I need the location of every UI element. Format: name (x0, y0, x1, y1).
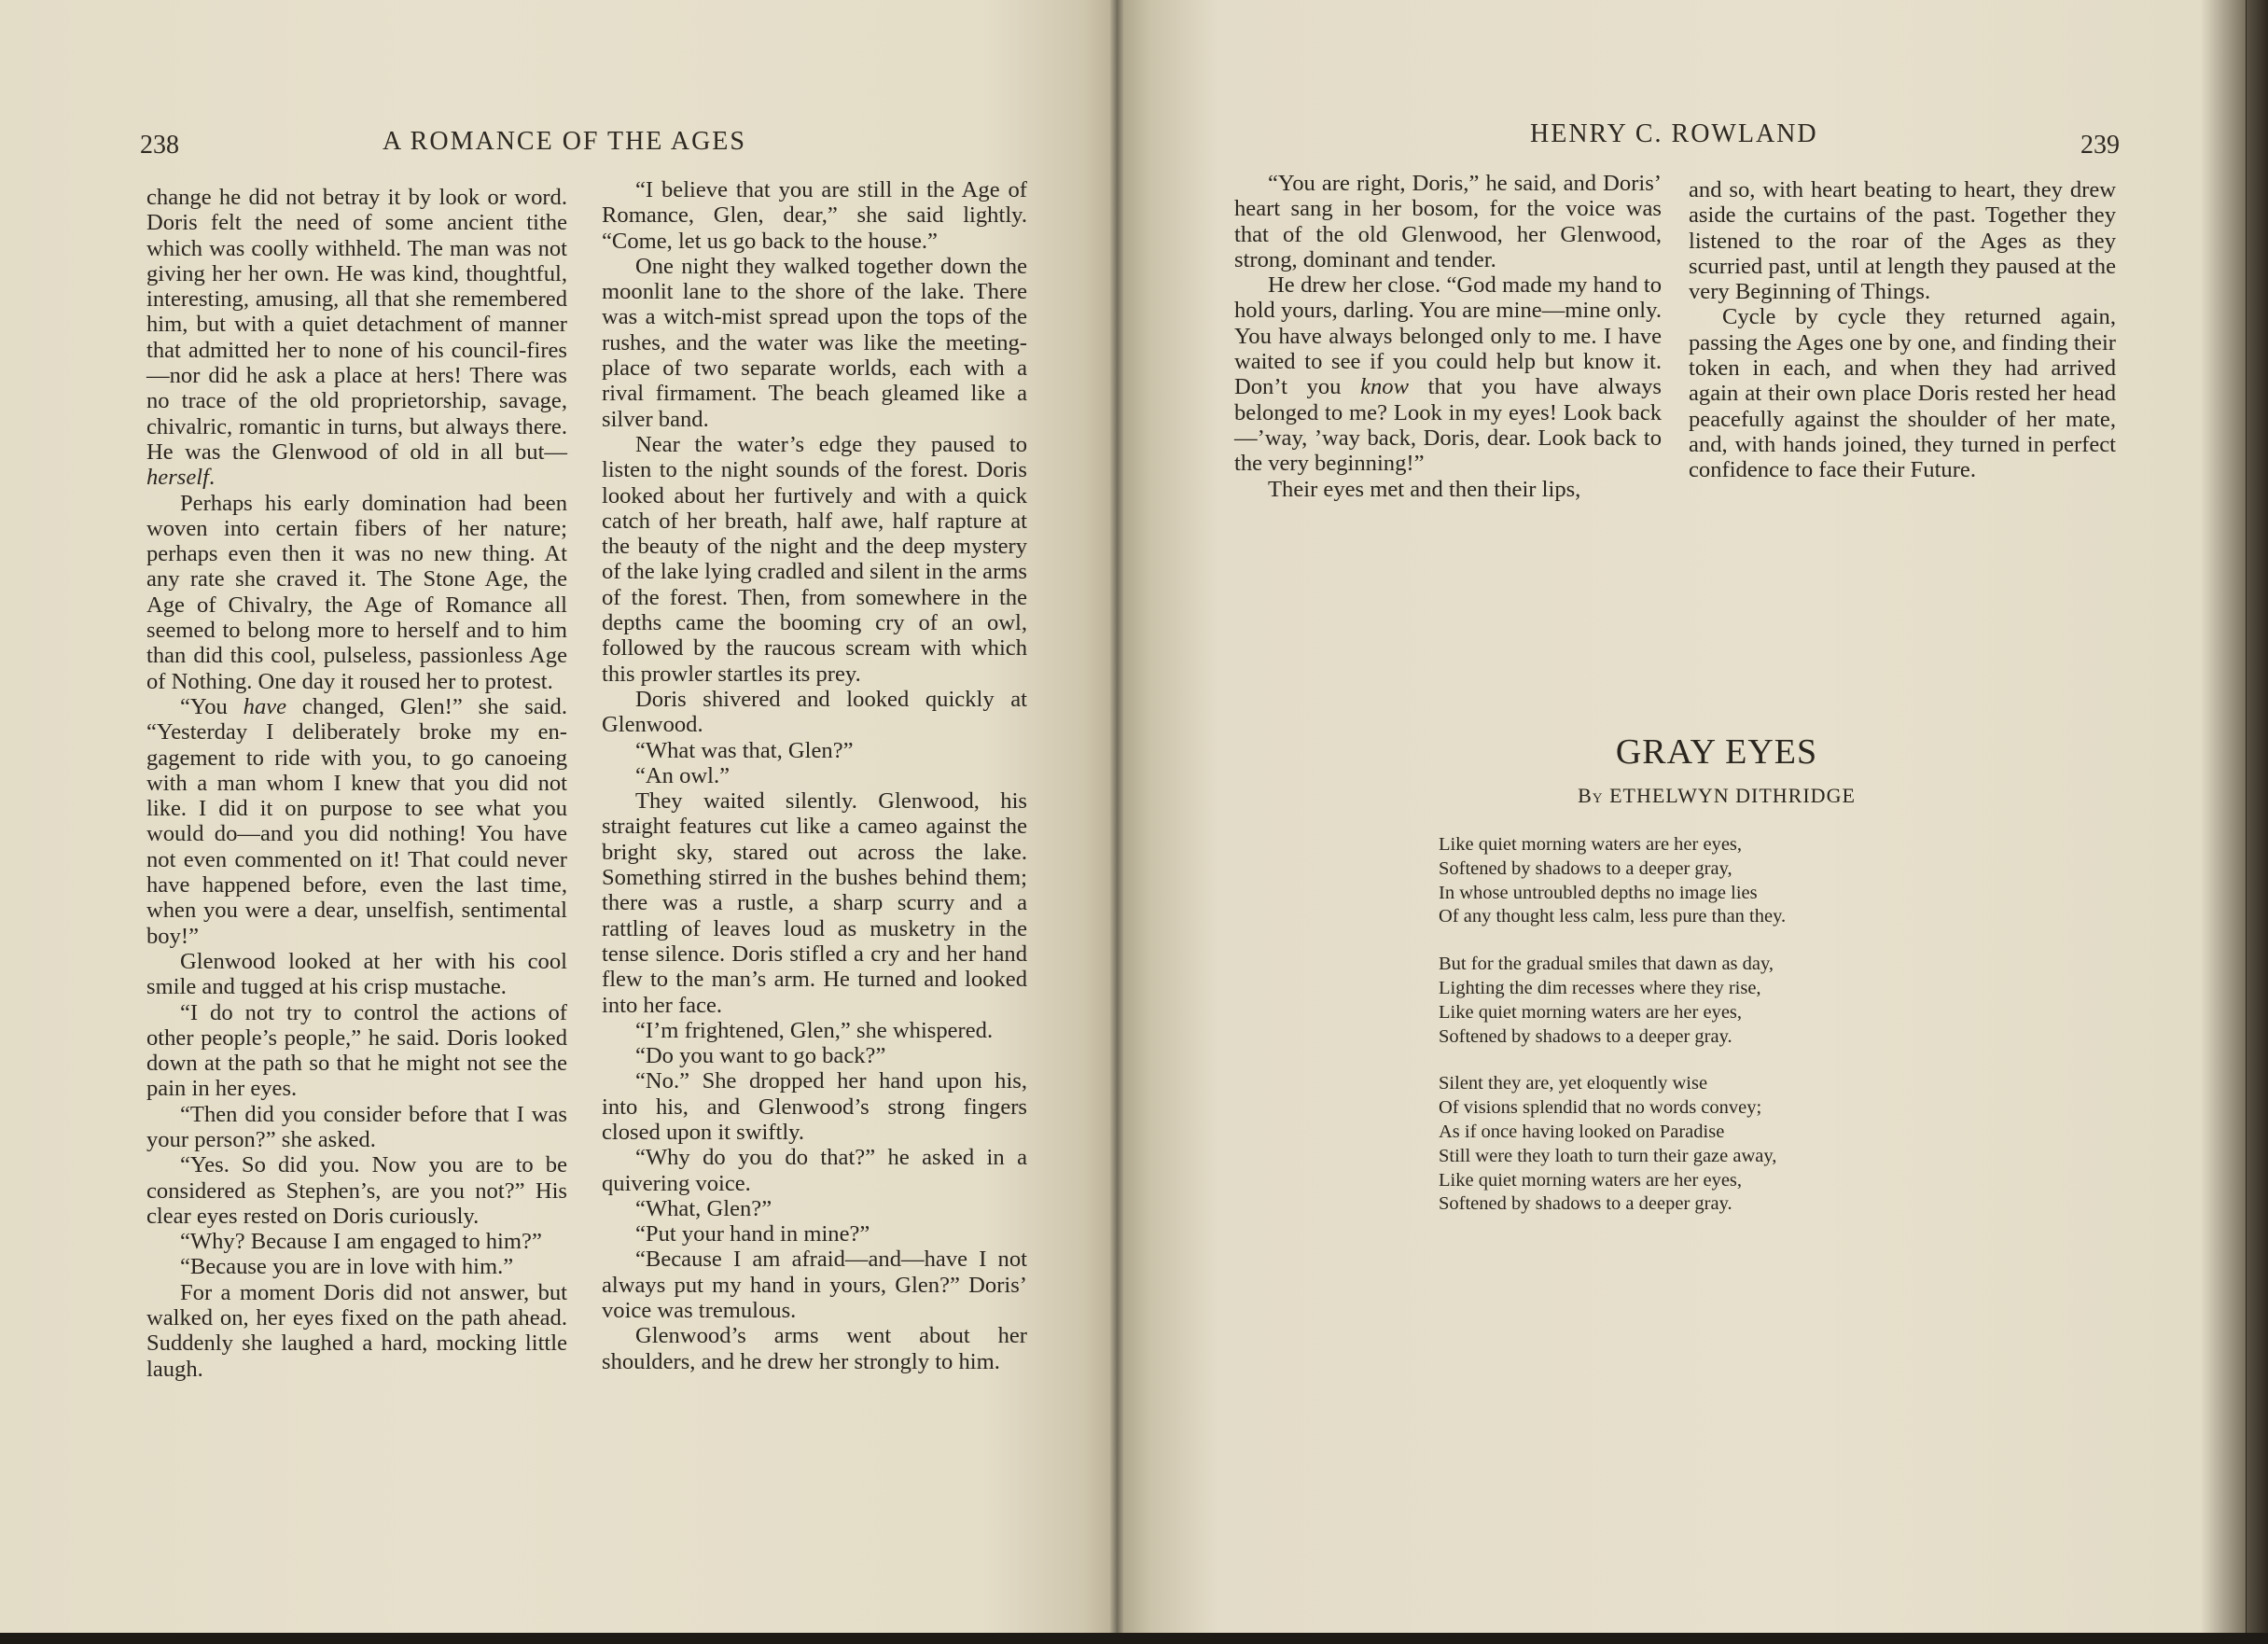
right-column-2: and so, with heart beating to heart, the… (1689, 177, 2116, 483)
poem-stanza: But for the gradual smiles that dawn as … (1439, 953, 1924, 1049)
paragraph: Cycle by cycle they returned again, pass… (1689, 304, 2116, 482)
poem-title: GRAY EYES (1530, 731, 1903, 773)
book-spread: 238 A ROMANCE OF THE AGES change he did … (0, 0, 2268, 1644)
gutter (1110, 0, 1123, 1635)
bottom-edge (0, 1633, 2268, 1644)
paragraph: Their eyes met and then their lips, (1234, 477, 1662, 502)
poem-line: Lighting the dim recesses where they ris… (1439, 977, 1924, 1001)
paragraph: “What, Glen?” (602, 1196, 1027, 1221)
poem-line: As if once having looked on Paradise (1439, 1121, 1924, 1145)
right-column-1: “You are right, Doris,” he said, and Dor… (1234, 171, 1662, 502)
poem-line: Like quiet morning waters are her eyes, (1439, 1001, 1924, 1025)
paragraph: Glenwood’s arms went about her shoulders… (602, 1323, 1027, 1374)
poem-line: Like quiet morning waters are her eyes, (1439, 833, 1924, 857)
paragraph: “An owl.” (602, 763, 1027, 788)
paragraph: “Because I am afraid—and—have I not alwa… (602, 1247, 1027, 1323)
paragraph: “What was that, Glen?” (602, 738, 1027, 763)
book-edge (2247, 0, 2268, 1644)
paragraph: “You have changed, Glen!” she said. “Yes… (146, 694, 567, 949)
paragraph: Glenwood looked at her with his cool smi… (146, 949, 567, 1000)
left-column-1: change he did not betray it by look or w… (146, 185, 567, 1382)
poem-body: Like quiet morning waters are her eyes,S… (1439, 833, 1924, 1240)
paragraph: “Because you are in love with him.” (146, 1254, 567, 1279)
paragraph: They waited silently. Glenwood, his stra… (602, 788, 1027, 1018)
paragraph: “I do not try to control the actions of … (146, 1000, 567, 1102)
running-head-right: HENRY C. ROWLAND (1530, 119, 1818, 149)
paragraph: For a moment Doris did not answer, but w… (146, 1280, 567, 1382)
paragraph: “Then did you consider before that I was… (146, 1102, 567, 1153)
poem-byline: By ETHELWYN DITHRIDGE (1455, 784, 1978, 808)
poem-line: Softened by shadows to a deeper gray. (1439, 1192, 1924, 1217)
left-column-2: “I believe that you are still in the Age… (602, 177, 1027, 1374)
poem-author: ETHELWYN DITHRIDGE (1609, 784, 1856, 807)
paragraph: One night they walked together down the … (602, 254, 1027, 432)
poem-line: In whose untroubled depths no image lies (1439, 882, 1924, 906)
paragraph: He drew her close. “God made my hand to … (1234, 272, 1662, 476)
poem-line: Like quiet morning waters are her eyes, (1439, 1169, 1924, 1193)
paragraph: “Put your hand in mine?” (602, 1221, 1027, 1247)
poem-line: Of any thought less calm, less pure than… (1439, 905, 1924, 929)
poem-line: Of visions splendid that no words convey… (1439, 1096, 1924, 1121)
poem-line: Silent they are, yet eloquently wise (1439, 1072, 1924, 1096)
paragraph: “Why? Because I am engaged to him?” (146, 1229, 567, 1254)
paragraph: “Yes. So did you. Now you are to be cons… (146, 1152, 567, 1229)
paragraph: change he did not betray it by look or w… (146, 185, 567, 491)
paragraph: “I believe that you are still in the Age… (602, 177, 1027, 254)
paragraph: “No.” She dropped her hand upon his, int… (602, 1068, 1027, 1145)
page-number-left: 238 (140, 131, 179, 160)
poem-line: Still were they loath to turn their gaze… (1439, 1145, 1924, 1169)
paragraph: Doris shivered and looked quickly at Gle… (602, 687, 1027, 738)
poem-line: But for the gradual smiles that dawn as … (1439, 953, 1924, 977)
paragraph: “Do you want to go back?” (602, 1043, 1027, 1068)
paragraph: “You are right, Doris,” he said, and Dor… (1234, 171, 1662, 272)
running-head-left: A ROMANCE OF THE AGES (383, 127, 746, 157)
poem-stanza: Silent they are, yet eloquently wiseOf v… (1439, 1072, 1924, 1217)
paragraph: Perhaps his early domination had been wo… (146, 491, 567, 694)
paragraph: Near the water’s edge they paused to lis… (602, 432, 1027, 687)
poem-line: Softened by shadows to a deeper gray, (1439, 857, 1924, 882)
poem-stanza: Like quiet morning waters are her eyes,S… (1439, 833, 1924, 929)
paragraph: “I’m frightened, Glen,” she whis­pered. (602, 1018, 1027, 1043)
paragraph: and so, with heart beating to heart, the… (1689, 177, 2116, 304)
page-number-right: 239 (2080, 131, 2120, 160)
byline-prefix: By (1578, 784, 1604, 807)
paragraph: “Why do you do that?” he asked in a quiv… (602, 1145, 1027, 1196)
poem-line: Softened by shadows to a deeper gray. (1439, 1025, 1924, 1050)
